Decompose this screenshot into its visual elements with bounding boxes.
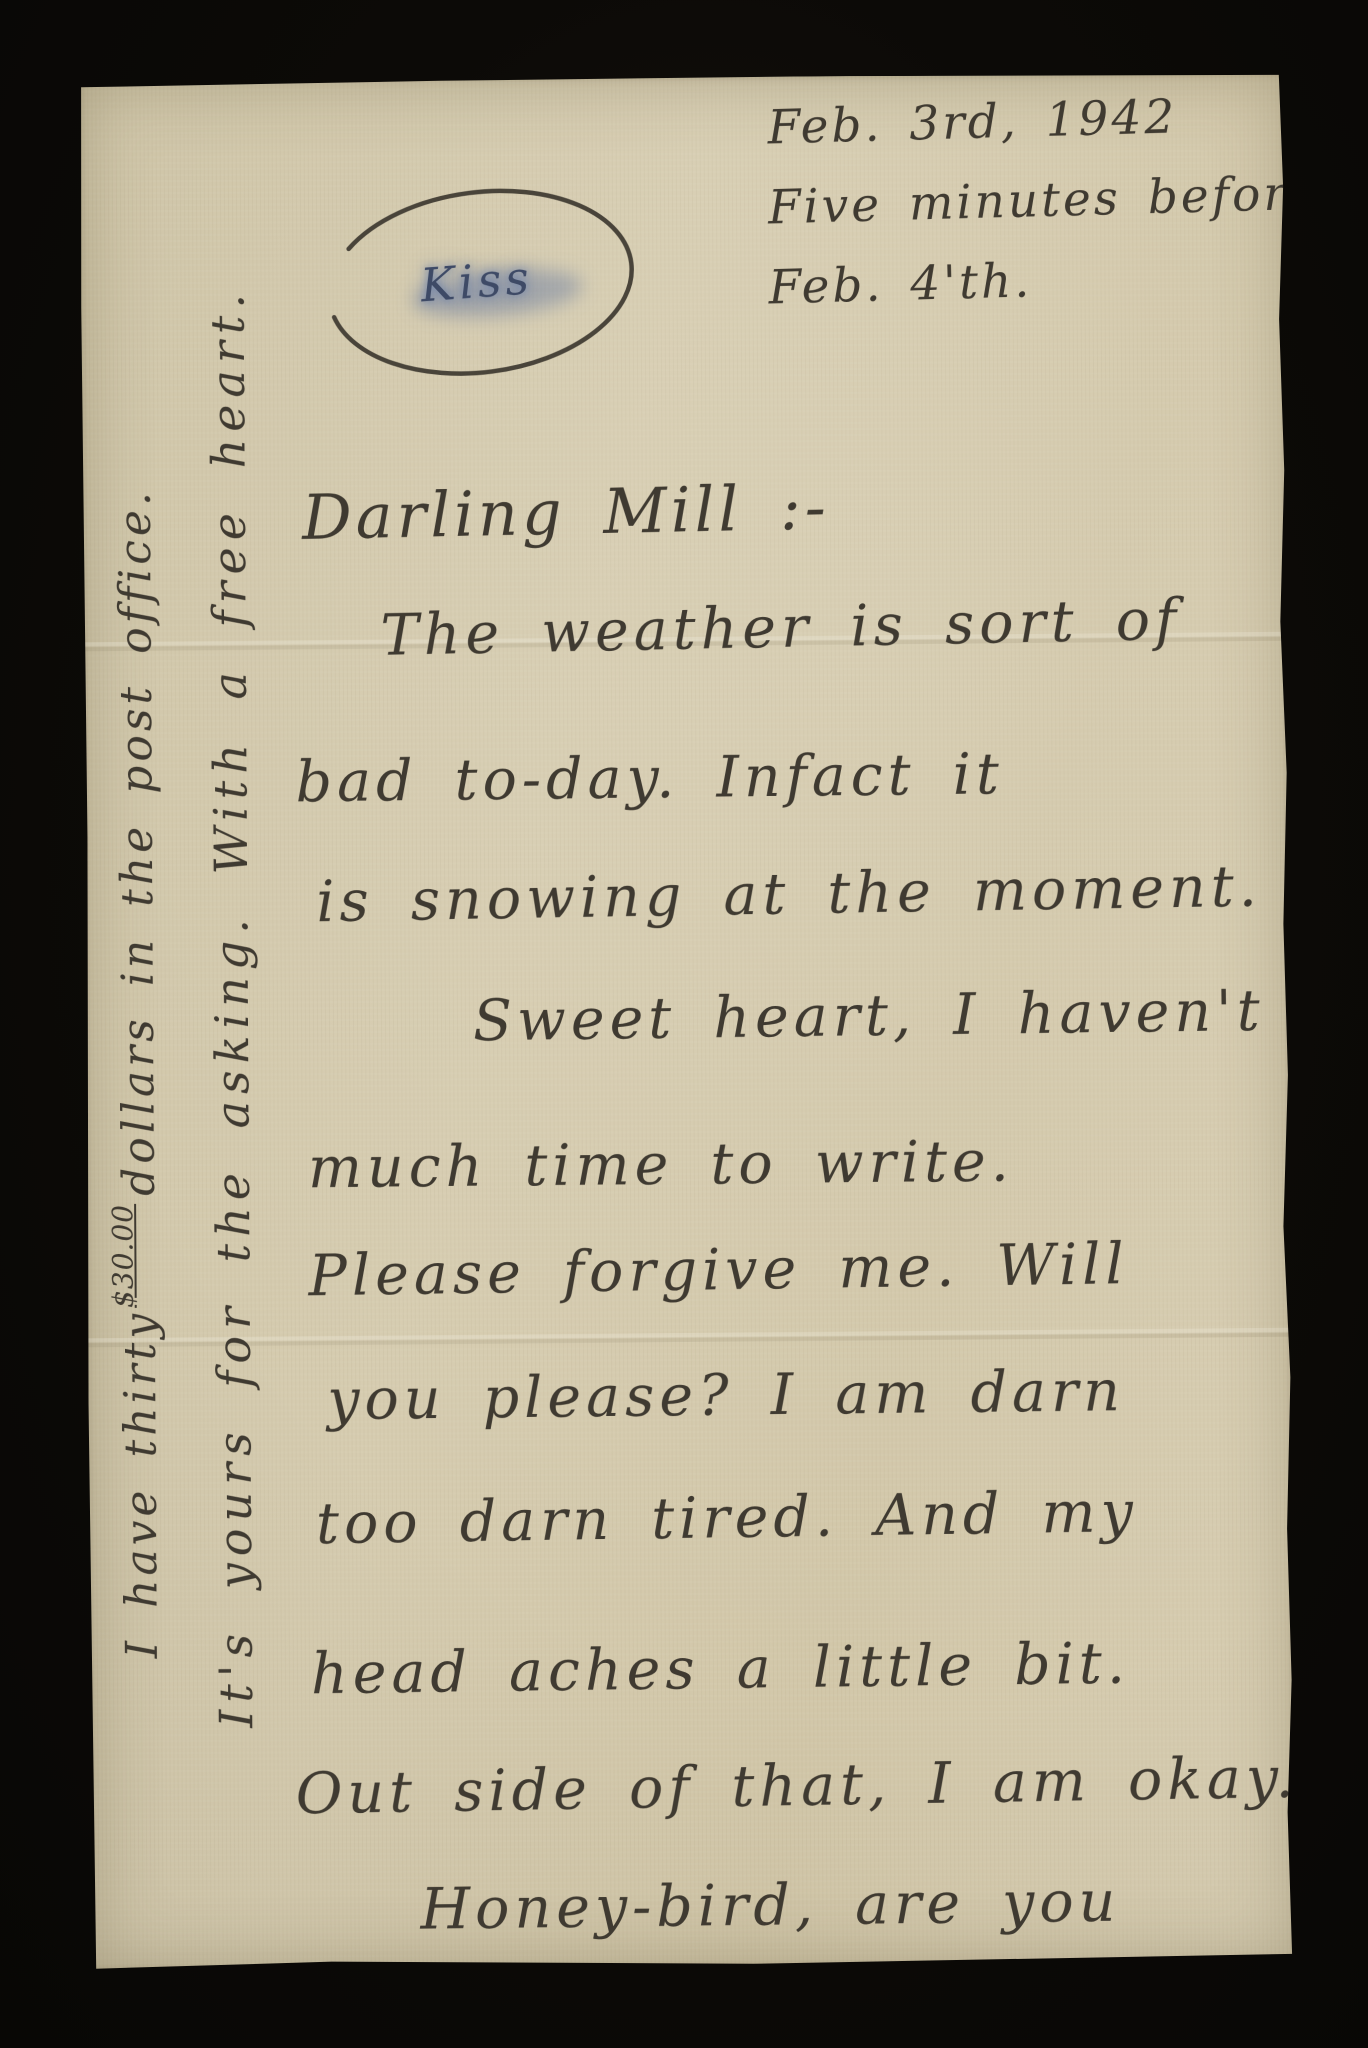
- body-line: The weather is sort of: [380, 583, 1182, 673]
- body-line: is snowing at the moment.: [316, 850, 1263, 940]
- date-line: Five minutes before: [767, 154, 1289, 248]
- kiss-word: Kiss: [419, 250, 535, 312]
- body-line: Please forgive me. Will: [308, 1227, 1129, 1313]
- margin-note-line-1: I have thirty$30.00dollars in the post o…: [90, 488, 194, 1659]
- margin-note-text: dollars in the post office.: [110, 488, 165, 1196]
- body-line: Honey-bird, are you: [420, 1865, 1121, 1947]
- body-line: head aches a little bit.: [310, 1627, 1130, 1712]
- body-line: much time to write.: [308, 1125, 1015, 1206]
- date-block: Feb. 3rd, 1942 Five minutes before Feb. …: [767, 85, 1288, 328]
- body-line: you please? I am darn: [327, 1354, 1125, 1437]
- body-line: bad to-day. Infact it: [295, 737, 1004, 819]
- body-line: Out side of that, I am okay.: [295, 1741, 1299, 1832]
- inserted-amount: $30.00: [106, 1204, 140, 1308]
- date-line: Feb. 3rd, 1942: [766, 74, 1288, 168]
- salutation: Darling Mill :-: [301, 470, 830, 554]
- date-line: Feb. 4'th.: [767, 234, 1289, 328]
- photograph-background: { "scene": { "background_color": "#0c0a0…: [0, 0, 1368, 2048]
- body-line: too darn tired. And my: [316, 1475, 1139, 1561]
- margin-note-text: I have thirty: [115, 1310, 168, 1659]
- margin-note-line-2: It's yours for the asking. With a free h…: [181, 287, 284, 1728]
- body-line: Sweet heart, I haven't: [473, 974, 1266, 1058]
- letter-paper: Feb. 3rd, 1942 Five minutes before Feb. …: [79, 73, 1296, 1970]
